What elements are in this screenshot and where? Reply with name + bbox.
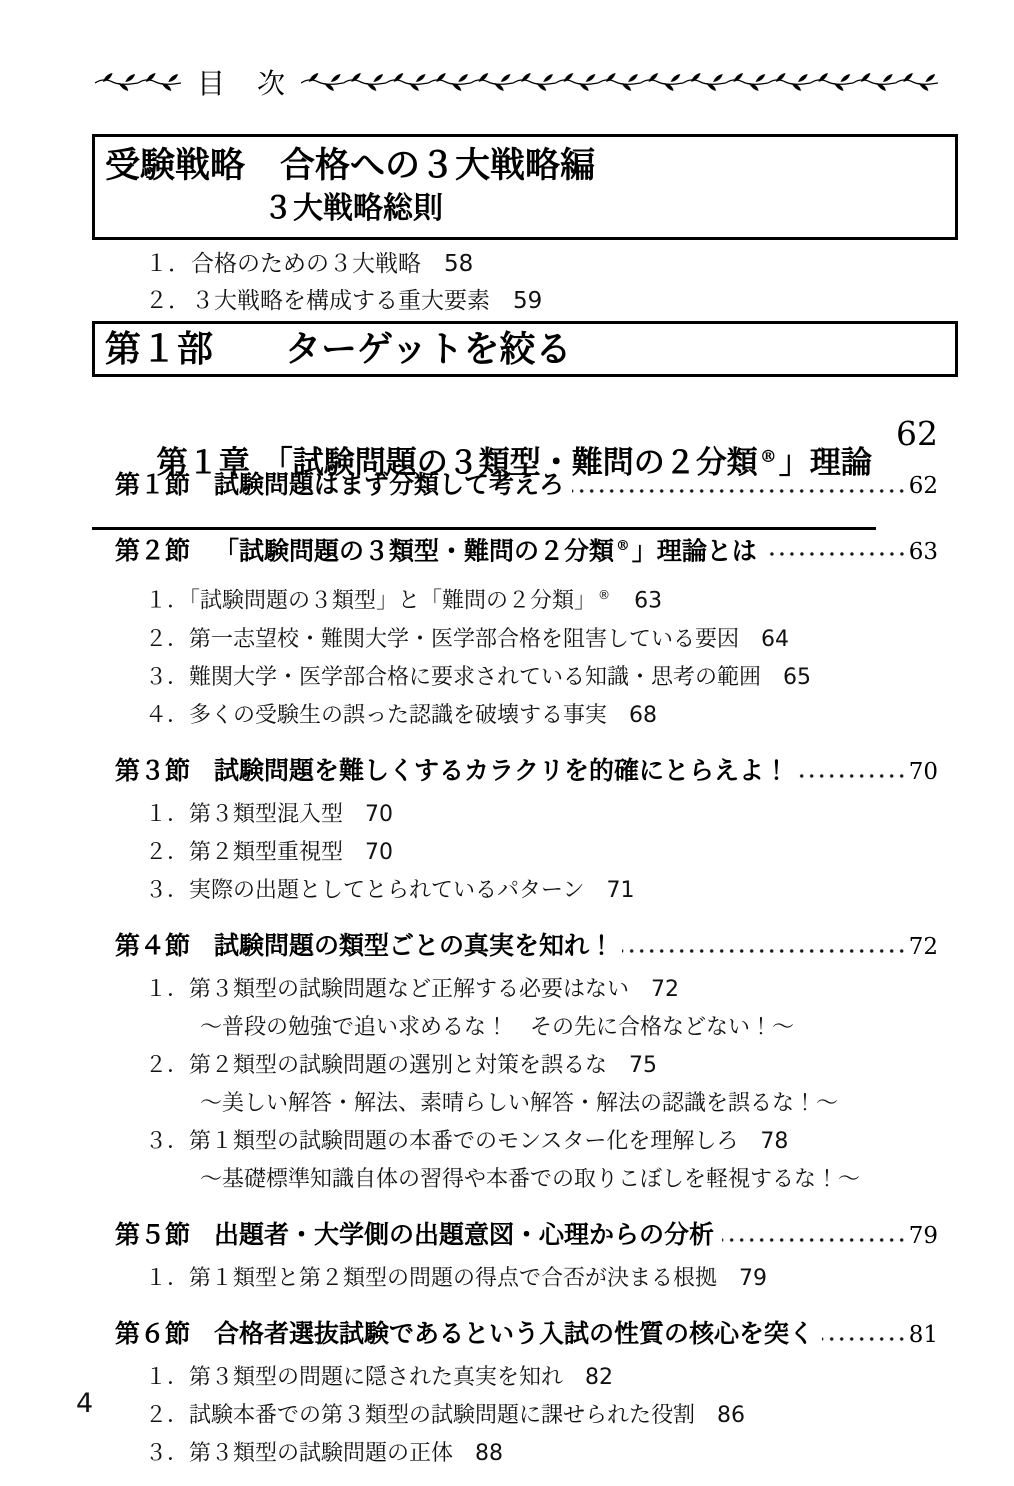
dot-leader xyxy=(822,1333,907,1345)
section-item: ２．第一志望校・難関大学・医学部合格を阻害している要因 64 xyxy=(145,628,938,652)
section-page-number: 72 xyxy=(909,930,938,964)
section-item: １．第３類型混入型 70 xyxy=(145,803,938,827)
toc-page: 目 次 受験戦略 合格への３大戦略編 ３大戦略総則 １．合格のための３大戦略 5… xyxy=(0,0,1014,1486)
registered-mark: ® xyxy=(614,538,632,554)
section-page-number: 62 xyxy=(909,469,938,503)
section-page-number: 79 xyxy=(909,1219,938,1253)
page-title: 目 次 xyxy=(197,62,287,102)
section-heading: 第３節試験問題を難しくするカラクリを的確にとらえよ！70 xyxy=(115,754,938,789)
section-label: 第１節 xyxy=(115,468,190,502)
strategy-part-box: 受験戦略 合格への３大戦略編 ３大戦略総則 xyxy=(92,134,958,240)
strategy-part-title: 受験戦略 合格への３大戦略編 xyxy=(105,143,945,189)
section-label: 第５節 xyxy=(115,1218,190,1252)
dot-leader xyxy=(722,1234,907,1246)
vine-ornament-right-icon xyxy=(301,69,938,95)
registered-mark: ® xyxy=(596,588,612,602)
part1-box: 第１部 ターゲットを絞る xyxy=(92,321,958,377)
section-label: 第４節 xyxy=(115,929,190,963)
part1-title: 第１部 ターゲットを絞る xyxy=(105,326,945,372)
section-heading: 第６節合格者選抜試験であるという入試の性質の核心を突く81 xyxy=(115,1317,938,1352)
section-item: ３．第１類型の試験問題の本番でのモンスター化を理解しろ 78 xyxy=(145,1130,938,1154)
section-item: ３．実際の出題としてとられているパターン 71 xyxy=(145,879,938,903)
dot-leader xyxy=(797,770,907,782)
section-heading: 第４節試験問題の類型ごとの真実を知れ！72 xyxy=(115,929,938,964)
strategy-items: １．合格のための３大戦略 58２．３大戦略を構成する重大要素 59 xyxy=(145,246,938,320)
section-label: 第６節 xyxy=(115,1317,190,1351)
toc-sections: 第１節試験問題はまず分類して考えろ62第２節「試験問題の３類型・難問の２分類®」… xyxy=(115,468,938,1466)
section-heading: 第２節「試験問題の３類型・難問の２分類®」理論とは63 xyxy=(115,529,938,569)
dot-leader xyxy=(622,945,907,957)
section-item: ２．第２類型の試験問題の選別と対策を誤るな 75 xyxy=(145,1054,938,1078)
section-item: ４．多くの受験生の誤った認識を破壊する事実 68 xyxy=(145,704,938,728)
section-item: ３．第３類型の試験問題の正体 88 xyxy=(145,1442,938,1466)
toc-header: 目 次 xyxy=(95,64,938,100)
vine-ornament-left-icon xyxy=(95,69,181,95)
section-title: 合格者選抜試験であるという入試の性質の核心を突く xyxy=(214,1317,814,1351)
section-title: 出題者・大学側の出題意図・心理からの分析 xyxy=(214,1218,714,1252)
section-page-number: 81 xyxy=(909,1318,938,1352)
page-number: 4 xyxy=(76,1388,93,1419)
section-item: ３．難関大学・医学部合格に要求されている知識・思考の範囲 65 xyxy=(145,666,938,690)
section-title: 「試験問題の３類型・難問の２分類®」理論とは xyxy=(214,529,757,568)
strategy-item: １．合格のための３大戦略 58 xyxy=(145,246,938,283)
registered-mark: ® xyxy=(758,447,779,467)
section-item: １．第３類型の問題に隠された真実を知れ 82 xyxy=(145,1366,938,1390)
dot-leader xyxy=(765,548,907,560)
section-item: ２．第２類型重視型 70 xyxy=(145,841,938,865)
section-label: 第２節 xyxy=(115,534,190,568)
section-label: 第３節 xyxy=(115,754,190,788)
section-note: ～美しい解答・解法、素晴らしい解答・解法の認識を誤るな！～ xyxy=(200,1092,938,1116)
section-title: 試験問題の類型ごとの真実を知れ！ xyxy=(214,929,614,963)
section-note: ～普段の勉強で追い求めるな！ その先に合格などない！～ xyxy=(200,1016,938,1040)
section-note: ～基礎標準知識自体の習得や本番での取りこぼしを軽視するな！～ xyxy=(200,1168,938,1192)
section-heading: 第１節試験問題はまず分類して考えろ62 xyxy=(115,468,938,503)
section-item: ２．試験本番での第３類型の試験問題に課せられた役割 86 xyxy=(145,1404,938,1428)
strategy-part-subtitle: ３大戦略総則 xyxy=(105,189,945,229)
section-item: １．「試験問題の３類型」と「難問の２分類」® 63 xyxy=(145,583,938,613)
section-page-number: 63 xyxy=(909,535,938,569)
section-item: １．第１類型と第２類型の問題の得点で合否が決まる根拠 79 xyxy=(145,1267,938,1291)
chapter1-page-number: 62 xyxy=(896,414,938,453)
strategy-item: ２．３大戦略を構成する重大要素 59 xyxy=(145,283,938,320)
section-title: 試験問題はまず分類して考えろ xyxy=(214,468,564,502)
section-heading: 第５節出題者・大学側の出題意図・心理からの分析79 xyxy=(115,1218,938,1253)
dot-leader xyxy=(572,485,907,497)
section-page-number: 70 xyxy=(909,755,938,789)
section-title: 試験問題を難しくするカラクリを的確にとらえよ！ xyxy=(214,754,789,788)
section-item: １．第３類型の試験問題など正解する必要はない 72 xyxy=(145,978,938,1002)
